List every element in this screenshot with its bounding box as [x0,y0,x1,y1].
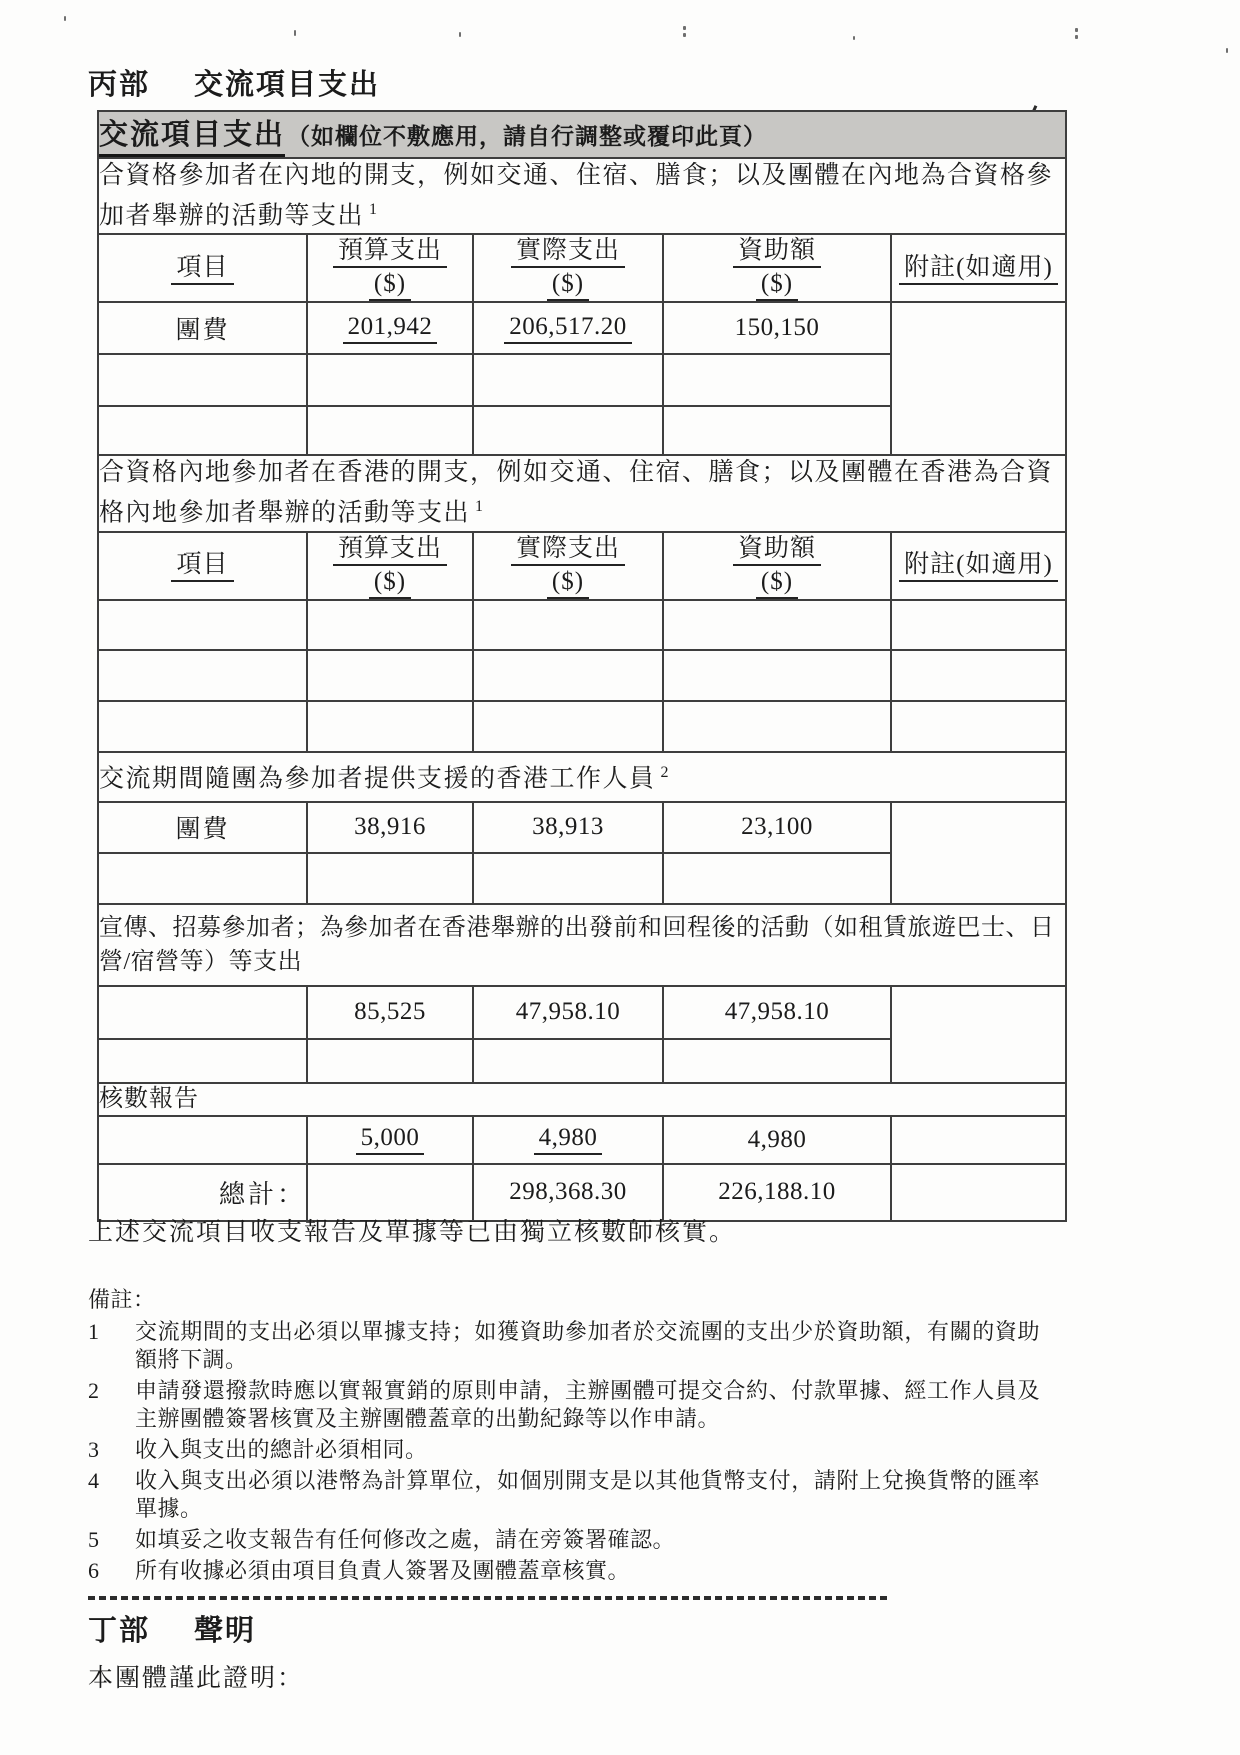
table-row: 5,000 4,980 4,980 [98,1116,1066,1164]
cell-empty [663,600,891,650]
note-text: 所有收據必須由項目負責人簽署及團體蓋章核實。 [135,1557,1040,1585]
scan-artifact [853,36,855,40]
cell-empty [473,406,663,455]
cell-actual: 206,517.20 [473,302,663,354]
scan-artifact [64,16,66,21]
cell-remarks [891,1116,1066,1164]
cell-empty [473,701,663,752]
form-header-title: 交流項目支出 [99,112,285,157]
cell-empty [98,600,307,650]
cell-empty [307,1039,473,1083]
cell-item [98,986,307,1039]
cell-budget: 201,942 [307,302,473,354]
cell-subsidy: 23,100 [663,802,891,853]
column-header-item: 項目 [98,234,307,302]
cell-empty [663,701,891,752]
note-number: 5 [88,1526,135,1554]
cell-empty [663,650,891,701]
cell-empty [473,600,663,650]
form-table: 交流項目支出 （如欄位不敷應用，請自行調整或覆印此頁） 合資格參加者在內地的開支… [97,110,1067,1222]
cell-subsidy: 47,958.10 [663,986,891,1039]
table-row [98,650,1066,701]
cell-empty [307,406,473,455]
cell-remarks [891,986,1066,1083]
cell-actual: 38,913 [473,802,663,853]
section-mainland-desc: 合資格參加者在內地的開支，例如交通、住宿、膳食；以及團體在內地為合資格參加者舉辦… [98,158,1066,234]
cell-empty [663,354,891,406]
cell-subsidy: 150,150 [663,302,891,354]
column-header-item: 項目 [98,532,307,600]
cell-empty [307,354,473,406]
note-item: 5 如填妥之收支報告有任何修改之處，請在旁簽署確認。 [88,1526,1040,1554]
cell-item: 團費 [98,802,307,853]
column-header-actual: 實際支出($) [473,234,663,302]
notes-block: 備註： 1 交流期間的支出必須以單據支持；如獲資助參加者於交流團的支出少於資助額… [88,1286,1040,1585]
column-header-actual: 實際支出($) [473,532,663,600]
cell-item [98,1116,307,1164]
note-number: 6 [88,1557,135,1585]
note-item: 4 收入與支出必須以港幣為計算單位，如個別開支是以其他貨幣支付，請附上兌換貨幣的… [88,1467,1040,1523]
cell-actual: 4,980 [473,1116,663,1164]
note-text: 收入與支出的總計必須相同。 [135,1436,1040,1464]
cell-empty [473,1039,663,1083]
note-item: 1 交流期間的支出必須以單據支持；如獲資助參加者於交流團的支出少於資助額，有關的… [88,1318,1040,1374]
cell-remarks [891,1164,1066,1221]
cell-budget: 5,000 [307,1116,473,1164]
cell-empty [98,354,307,406]
cell-budget: 85,525 [307,986,473,1039]
cell-remarks [891,802,1066,904]
scan-artifact [294,30,296,36]
note-number: 2 [88,1377,135,1433]
cell-empty [663,406,891,455]
cell-empty [98,701,307,752]
cell-empty [307,600,473,650]
cell-empty [473,354,663,406]
column-header-remarks: 附註(如適用) [891,532,1066,600]
table-row: 團費 38,916 38,913 23,100 [98,802,1066,853]
table-row: 團費 201,942 206,517.20 150,150 [98,302,1066,354]
cell-empty [307,701,473,752]
cell-item: 團費 [98,302,307,354]
cell-empty [891,650,1066,701]
note-number: 3 [88,1436,135,1464]
note-number: 4 [88,1467,135,1523]
scan-artifact [1075,28,1078,32]
column-header-subsidy: 資助額($) [663,234,891,302]
cell-empty [663,1039,891,1083]
footnote-marker: 1 [369,201,377,218]
scan-artifact [1226,48,1228,53]
note-number: 1 [88,1318,135,1374]
form-header-bar: 交流項目支出 （如欄位不敷應用，請自行調整或覆印此頁） [98,111,1066,158]
cell-empty [473,853,663,904]
column-header-budget: 預算支出($) [307,532,473,600]
cell-empty [307,853,473,904]
cell-empty [891,701,1066,752]
cell-empty [98,650,307,701]
part-title: 聲明 [194,1615,256,1647]
column-header-subsidy: 資助額($) [663,532,891,600]
note-text: 交流期間的支出必須以單據支持；如獲資助參加者於交流團的支出少於資助額，有關的資助… [135,1318,1040,1374]
declaration-line: 本團體謹此證明： [88,1658,304,1694]
note-item: 2 申請發還撥款時應以實報實銷的原則申請，主辦團體可提交合約、付款單據、經工作人… [88,1377,1040,1433]
scan-artifact [683,26,686,30]
footnote-marker: 1 [475,498,483,515]
part-d-title: 丁部聲明 [88,1608,256,1649]
page-title: 丙部交流項目支出 [88,62,380,103]
cell-empty [473,650,663,701]
note-text: 申請發還撥款時應以實報實銷的原則申請，主辦團體可提交合約、付款單據、經工作人員及… [135,1377,1040,1433]
cell-remarks [891,302,1066,455]
cell-subsidy: 4,980 [663,1116,891,1164]
part-label: 丙部 [88,69,150,101]
section-audit-desc: 核數報告 [98,1083,1066,1116]
scanned-form-page: 丙部交流項目支出 交流項目支出 （如欄位不敷應用，請自行調整或覆印此頁） 合資格… [0,0,1240,1755]
cell-empty [891,600,1066,650]
auditor-statement: 上述交流項目收支報告及單據等已由獨立核數師核實。 [88,1212,736,1248]
footnote-marker: 2 [661,764,669,781]
cell-actual: 47,958.10 [473,986,663,1039]
form-header-note: （如欄位不敷應用，請自行調整或覆印此頁） [287,118,767,151]
note-text: 收入與支出必須以港幣為計算單位，如個別開支是以其他貨幣支付，請附上兌換貨幣的匯率… [135,1467,1040,1523]
notes-title: 備註： [88,1286,1040,1314]
table-row: 85,525 47,958.10 47,958.10 [98,986,1066,1039]
cell-empty [98,406,307,455]
section-promotion-desc: 宣傳、招募參加者；為參加者在香港舉辦的出發前和回程後的活動（如租賃旅遊巴士、日營… [98,904,1066,986]
cell-empty [98,853,307,904]
table-row [98,701,1066,752]
column-header-remarks: 附註(如適用) [891,234,1066,302]
part-title: 交流項目支出 [194,69,380,101]
cell-empty [307,650,473,701]
column-header-budget: 預算支出($) [307,234,473,302]
note-item: 3 收入與支出的總計必須相同。 [88,1436,1040,1464]
scan-artifact [459,32,461,37]
part-label: 丁部 [88,1615,150,1647]
note-text: 如填妥之收支報告有任何修改之處，請在旁簽署確認。 [135,1526,1040,1554]
section-staff-desc: 交流期間隨團為參加者提供支援的香港工作人員2 [98,752,1066,802]
cell-empty [98,1039,307,1083]
note-item: 6 所有收據必須由項目負責人簽署及團體蓋章核實。 [88,1557,1040,1585]
table-row [98,600,1066,650]
section-hongkong-desc: 合資格內地參加者在香港的開支，例如交通、住宿、膳食；以及團體在香港為合資格內地參… [98,455,1066,531]
cell-empty [663,853,891,904]
cell-budget: 38,916 [307,802,473,853]
dashed-divider [88,1596,888,1600]
